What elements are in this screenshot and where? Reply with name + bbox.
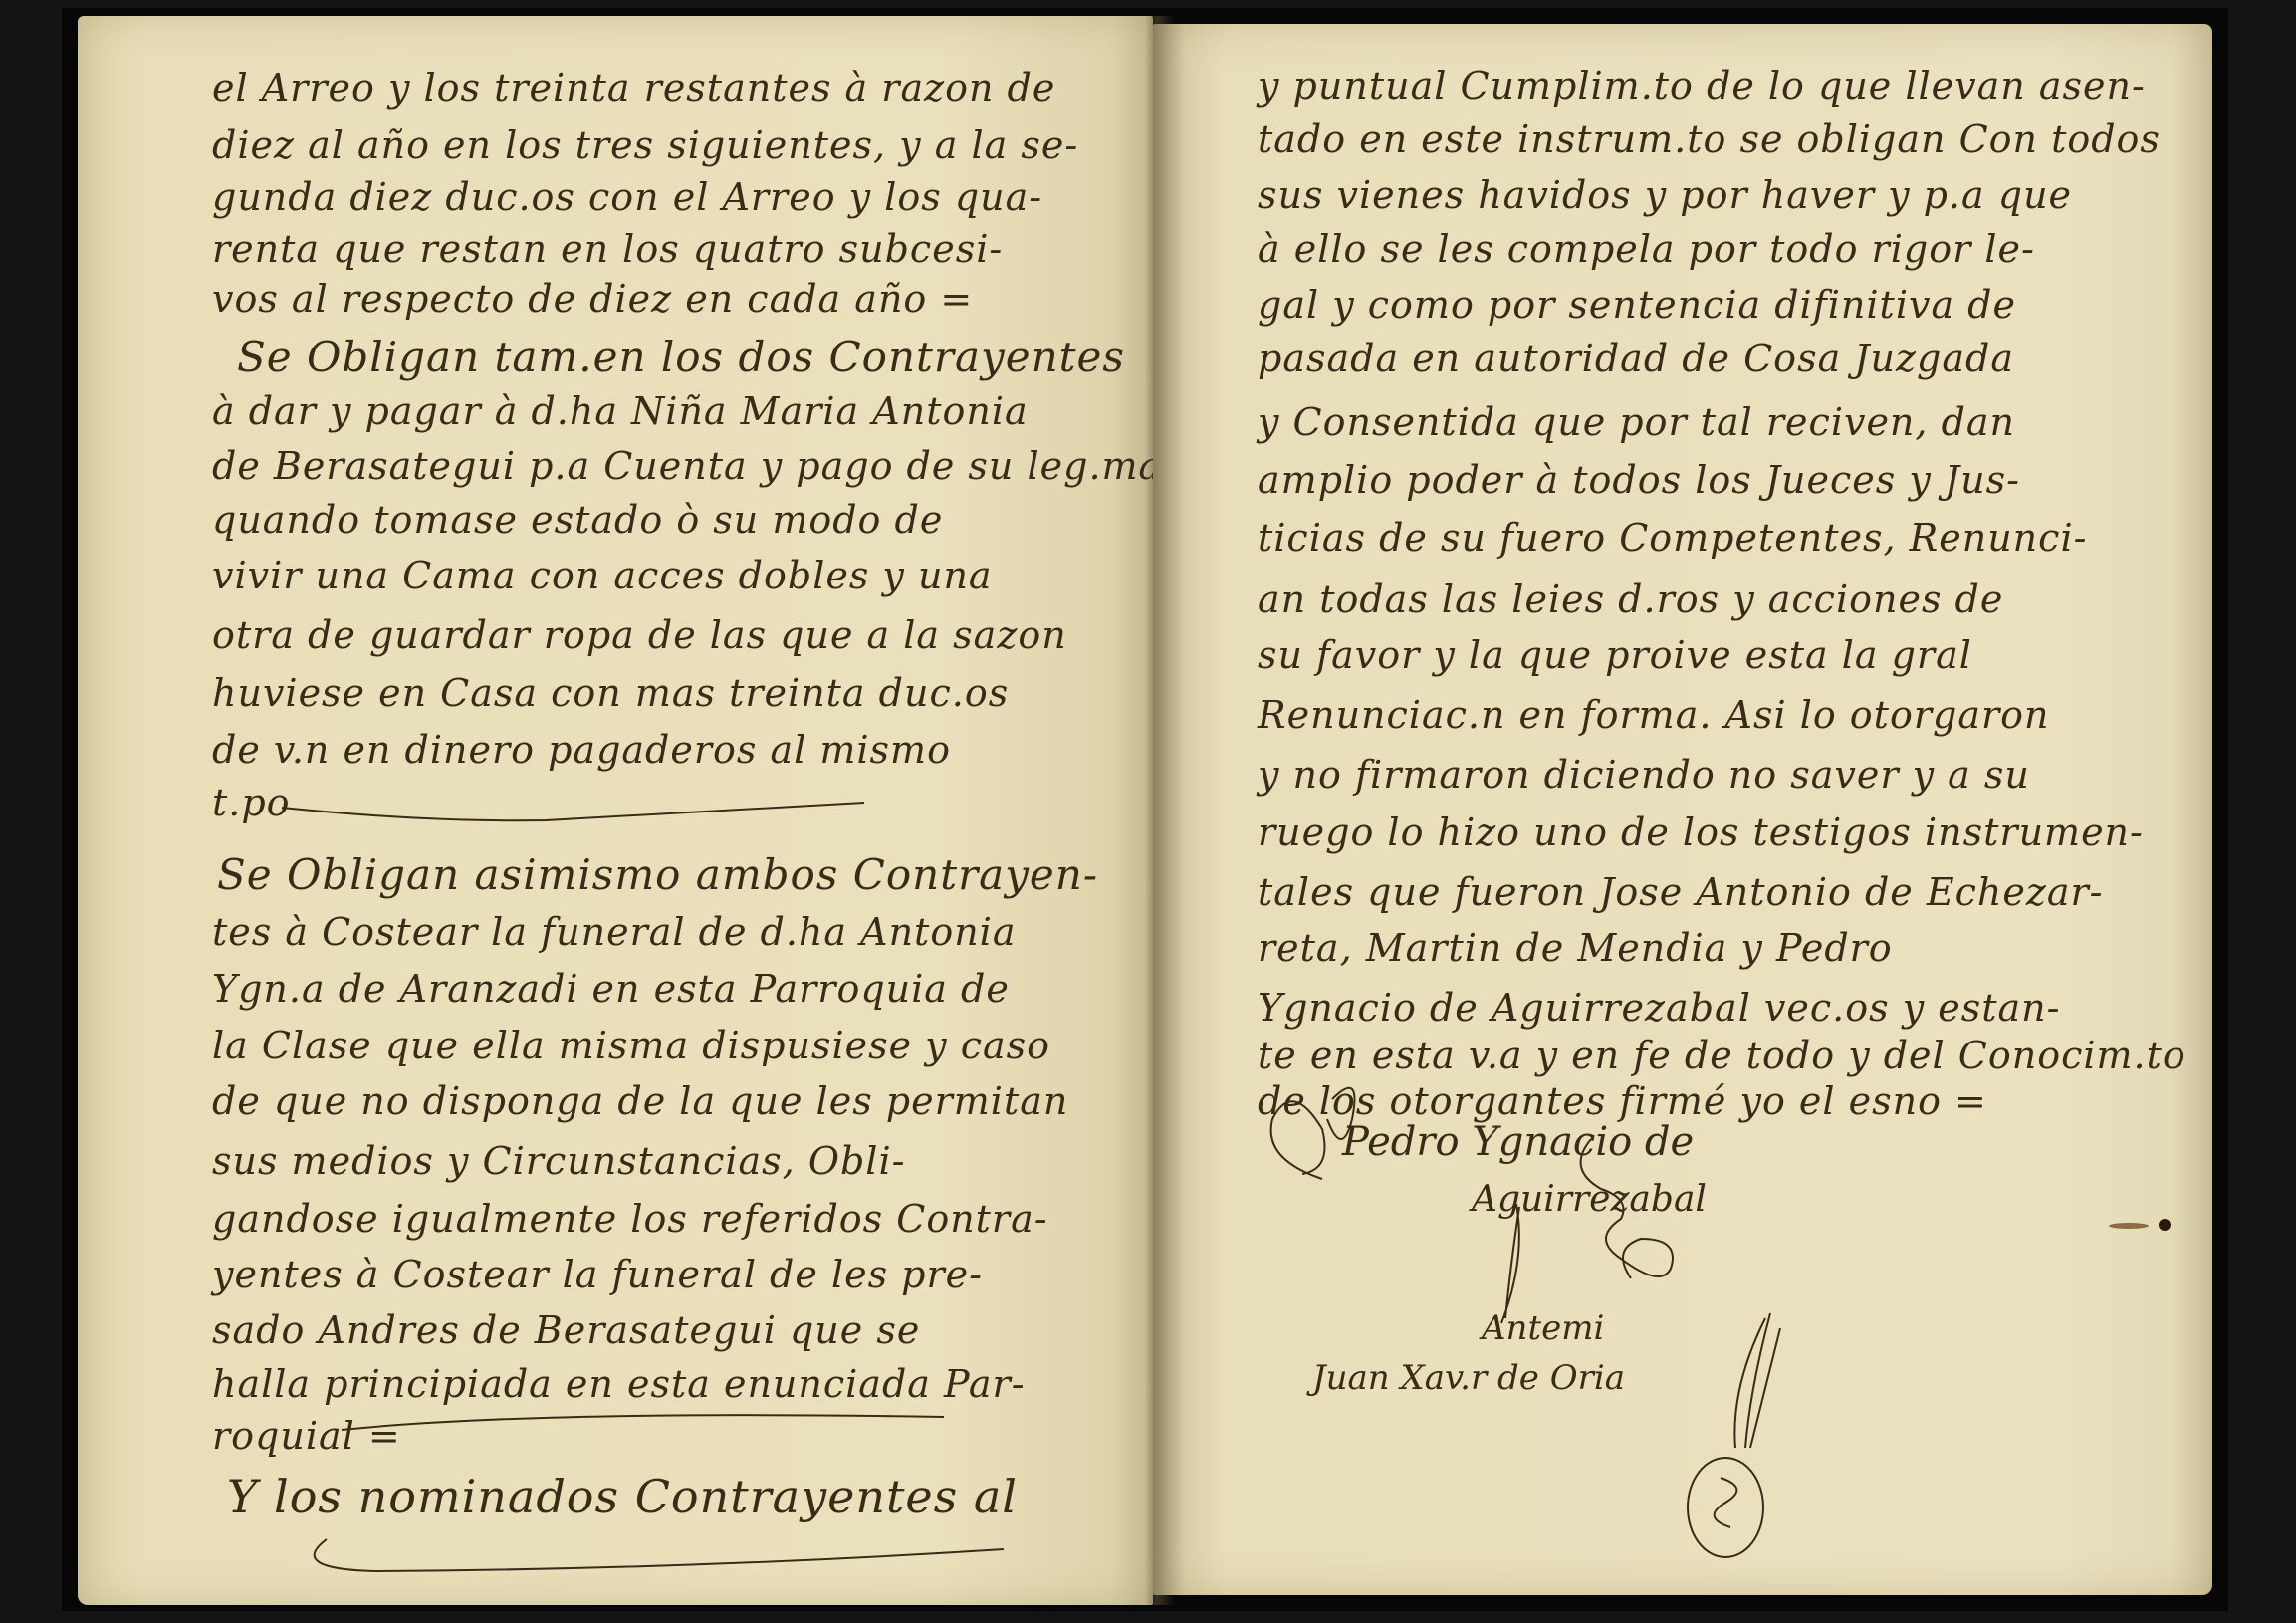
text-line: yentes à Costear la funeral de les pre- (212, 1253, 983, 1296)
text-line: sado Andres de Berasategui que se (212, 1308, 920, 1352)
line-filler-flourish (277, 793, 874, 832)
ink-blot (2159, 1219, 2171, 1231)
text-line: y Consentida que por tal reciven, dan (1258, 400, 2015, 444)
text-line: gandose igualmente los referidos Contra- (212, 1197, 1048, 1241)
text-line: tes à Costear la funeral de d.ha Antonia (212, 910, 1016, 954)
text-line: el Arreo y los treinta restantes à razon… (212, 66, 1055, 110)
paragraph-start: Y los nominados Contrayentes al (227, 1470, 1018, 1523)
text-line: huviese en Casa con mas treinta duc.os (212, 671, 1009, 715)
text-line: Ygn.a de Aranzadi en esta Parroquia de (212, 967, 1010, 1011)
text-line: vivir una Cama con acces dobles y una (212, 554, 993, 597)
text-line: Ygnacio de Aguirrezabal vec.os y estan- (1258, 986, 2060, 1030)
text-line: tado en este instrum.to se obligan Con t… (1258, 117, 2161, 161)
text-line: pasada en autoridad de Cosa Juzgada (1258, 337, 2014, 380)
notary-signature: Juan Xav.r de Oria (1312, 1358, 1625, 1398)
text-line: Renunciac.n en forma. Asi lo otorgaron (1258, 693, 2050, 737)
text-line: tales que fueron Jose Antonio de Echezar… (1258, 870, 2104, 914)
text-line: renta que restan en los quatro subcesi- (212, 227, 1003, 271)
text-line: otra de guardar ropa de las que a la saz… (212, 613, 1067, 657)
underline-flourish (297, 1529, 1014, 1579)
line-filler-flourish (337, 1405, 954, 1435)
text-line: ruego lo hizo uno de los testigos instru… (1258, 811, 2144, 854)
signature-rubric (1571, 1129, 1730, 1308)
text-line: sus vienes havidos y por haver y p.a que (1258, 173, 2072, 217)
text-line: ticias de su fuero Competentes, Renunci- (1258, 516, 2087, 560)
text-line: de v.n en dinero pagaderos al mismo (212, 728, 951, 772)
text-line: à dar y pagar à d.ha Niña Maria Antonia (212, 389, 1029, 433)
text-line: an todas las leies d.ros y acciones de (1258, 578, 2003, 621)
text-line: à ello se les compela por todo rigor le- (1258, 227, 2035, 271)
text-line: vos al respecto de diez en cada año = (212, 277, 973, 321)
notary-pen-stroke (1492, 1199, 1531, 1328)
signature-flourish-p (1253, 1059, 1412, 1199)
text-line: amplio poder à todos los Jueces y Jus- (1258, 458, 2020, 502)
text-line: gunda diez duc.os con el Arreo y los qua… (212, 175, 1042, 219)
right-page: y puntual Cumplim.to de lo que llevan as… (1153, 24, 2212, 1595)
text-line: su favor y la que proive esta la gral (1258, 633, 1972, 677)
text-line: quando tomase estado ò su modo de (212, 498, 943, 542)
text-line: halla principiada en esta enunciada Par- (212, 1362, 1026, 1406)
ink-stain (2109, 1223, 2149, 1229)
paragraph-start: Se Obligan tam.en los dos Contrayentes (237, 333, 1125, 381)
notary-rubric (1671, 1308, 1820, 1567)
text-line: de Berasategui p.a Cuenta y pago de su l… (212, 444, 1162, 488)
text-line: gal y como por sentencia difinitiva de (1258, 283, 2016, 327)
text-line: sus medios y Circunstancias, Obli- (212, 1139, 905, 1183)
text-line: de que no disponga de la que les permita… (212, 1079, 1068, 1123)
text-line: y puntual Cumplim.to de lo que llevan as… (1258, 64, 2146, 108)
left-page: el Arreo y los treinta restantes à razon… (78, 16, 1153, 1605)
text-line: y no firmaron diciendo no saver y a su (1258, 753, 2030, 797)
text-line: diez al año en los tres siguientes, y a … (212, 123, 1078, 167)
notary-name: Juan Xav.r de Oria (1312, 1358, 1625, 1398)
text-line: reta, Martin de Mendia y Pedro (1258, 926, 1893, 970)
text-line: la Clase que ella misma dispusiese y cas… (212, 1024, 1050, 1067)
paragraph-start: Se Obligan asimismo ambos Contrayen- (217, 850, 1098, 899)
